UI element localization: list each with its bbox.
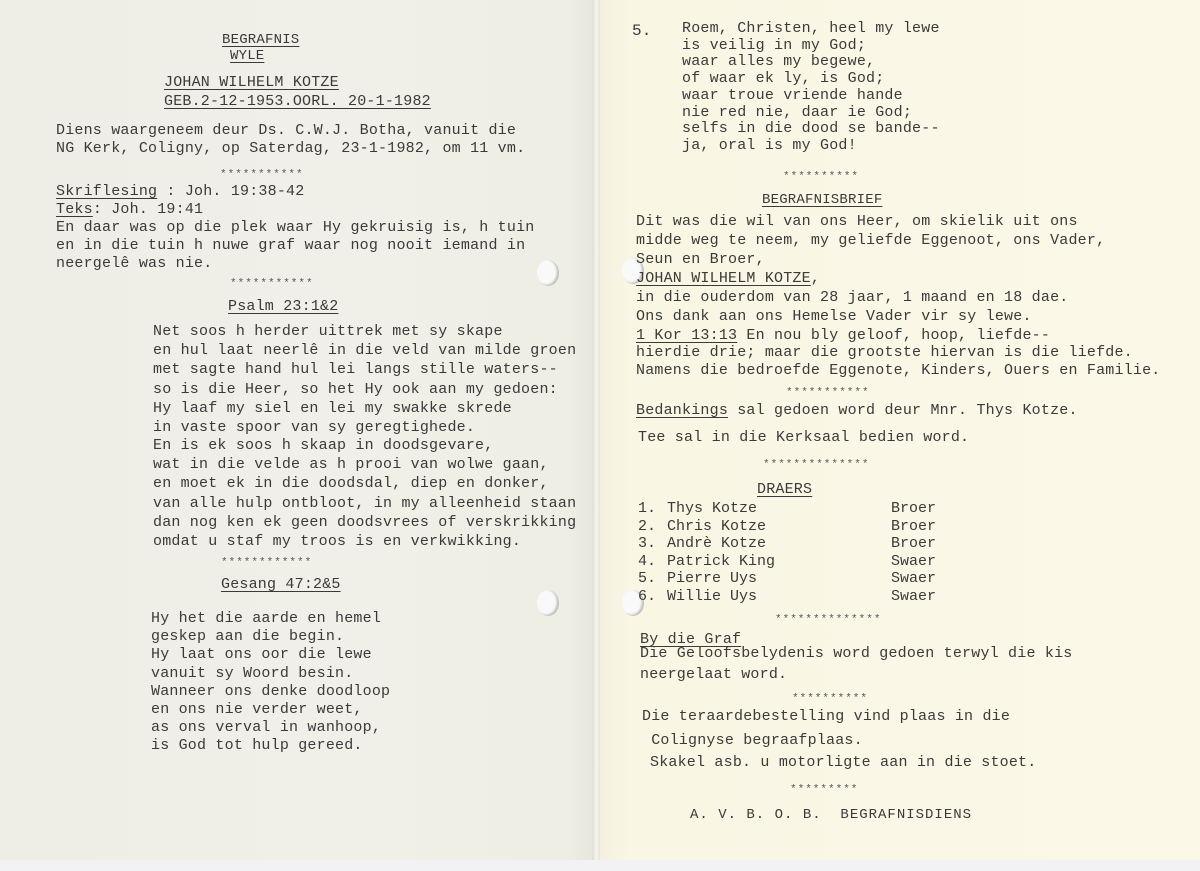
- thanks-line: Bedankings sal gedoen word deur Mnr. Thy…: [636, 402, 1078, 420]
- text-label: Teks: [56, 201, 93, 218]
- bearer-relation: Broer: [891, 518, 936, 536]
- bearer-name: Chris Kotze: [667, 518, 766, 536]
- thanks-text: sal gedoen word deur Mnr. Thys Kotze.: [728, 402, 1078, 419]
- psalm-line: met sagte hand hul lei langs stille wate…: [153, 361, 558, 379]
- bearer-name: Thys Kotze: [667, 500, 757, 518]
- letter-line: Namens die bedroefde Eggenote, Kinders, …: [636, 362, 1160, 380]
- bearers-title: DRAERS: [757, 481, 812, 499]
- psalm-line: en hul laat neerlê in die veld van milde…: [153, 342, 576, 360]
- letter-line: Dit was die wil van ons Heer, om skielik…: [636, 213, 1078, 231]
- psalm-line: in vaste spoor van sy geregtighede.: [153, 419, 475, 437]
- psalm-line: en moet ek in die doodsdal, diep en donk…: [153, 475, 549, 493]
- burial-line: Colignyse begraafplaas.: [642, 732, 863, 750]
- separator: ***********: [220, 166, 304, 184]
- psalm-line: van alle hulp ontbloot, in my alleenheid…: [153, 495, 576, 513]
- reading-label: Skriflesing: [56, 183, 157, 200]
- hymn-line: waar alles my begewe,: [682, 53, 875, 71]
- bearer-relation: Swaer: [891, 553, 936, 571]
- scripture-line: 1 Kor 13:13 En nou bly geloof, hoop, lie…: [636, 327, 1050, 345]
- psalm-line: dan nog ken ek geen doodsvrees of verskr…: [153, 514, 576, 532]
- hymn-line: is veilig in my God;: [682, 37, 866, 55]
- service-line: Diens waargeneem deur Ds. C.W.J. Botha, …: [56, 122, 516, 140]
- punch-hole: [537, 260, 559, 286]
- reading-line: Skriflesing : Joh. 19:38-42: [56, 183, 304, 201]
- psalm-line: omdat u staf my troos is en verkwikking.: [153, 533, 521, 551]
- gesang-line: Hy het die aarde en hemel: [151, 610, 381, 628]
- tea-line: Tee sal in die Kerksaal bedien word.: [638, 429, 969, 447]
- gesang-line: Hy laat ons oor die lewe: [151, 646, 372, 664]
- letter-line: Seun en Broer,: [636, 251, 765, 269]
- deceased-name: JOHAN WILHELM KOTZE: [164, 74, 339, 92]
- separator: **************: [763, 456, 869, 474]
- separator: **********: [783, 168, 859, 186]
- letter-line: Ons dank aan ons Hemelse Vader vir sy le…: [636, 308, 1032, 326]
- bearer-number: 1.: [638, 500, 656, 518]
- gesang-title: Gesang 47:2&5: [221, 576, 341, 594]
- bearer-number: 4.: [638, 553, 656, 571]
- letter-name: JOHAN WILHELM KOTZE: [636, 270, 811, 287]
- psalm-line: Hy laaf my siel en lei my swakke skrede: [153, 400, 512, 418]
- title-wyle: WYLE: [230, 47, 264, 65]
- scripture-text: En nou bly geloof, hoop, liefde--: [737, 327, 1050, 344]
- separator: ************: [221, 554, 312, 572]
- bearer-relation: Broer: [891, 500, 936, 518]
- grave-line: neergelaat word.: [640, 666, 787, 684]
- bearer-number: 5.: [638, 570, 656, 588]
- text-line: Teks: Joh. 19:41: [56, 201, 203, 219]
- psalm-line: wat in die velde as h prooi van wolwe ga…: [153, 456, 549, 474]
- hymn-line: selfs in die dood se bande--: [682, 120, 940, 138]
- hymn-line: waar troue vriende hande: [682, 87, 903, 105]
- separator: ***********: [786, 384, 870, 402]
- page-fold: [592, 0, 600, 860]
- verse-line: En daar was op die plek waar Hy gekruisi…: [56, 219, 534, 237]
- bearer-relation: Broer: [891, 535, 936, 553]
- psalm-line: so is die Heer, so het Hy ook aan my ged…: [153, 381, 558, 399]
- hymn-line: of waar ek ly, is God;: [682, 70, 884, 88]
- text-value: : Joh. 19:41: [93, 201, 203, 218]
- hymn-line: ja, oral is my God!: [682, 137, 857, 155]
- bearer-name: Patrick King: [667, 553, 775, 571]
- bearer-name: Andrè Kotze: [667, 535, 766, 553]
- burial-line: Die teraardebestelling vind plaas in die: [642, 708, 1010, 726]
- service-line: NG Kerk, Coligny, op Saterdag, 23-1-1982…: [56, 140, 525, 158]
- verse-number: 5.: [632, 22, 652, 40]
- deceased-dates: GEB.2-12-1953.OORL. 20-1-1982: [164, 93, 431, 111]
- letter-line: in die ouderdom van 28 jaar, 1 maand en …: [636, 289, 1068, 307]
- gesang-line: as ons verval in wanhoop,: [151, 719, 381, 737]
- psalm-line: Net soos h herder uittrek met sy skape: [153, 323, 503, 341]
- gesang-line: is God tot hulp gereed.: [151, 737, 363, 755]
- bearer-name: Willie Uys: [667, 588, 757, 606]
- psalm-line: En is ek soos h skaap in doodsgevare,: [153, 437, 493, 455]
- bearer-number: 3.: [638, 535, 656, 553]
- footer-undertaker: A. V. B. O. B. BEGRAFNISDIENS: [690, 806, 972, 824]
- psalm-title: Psalm 23:1&2: [228, 298, 338, 316]
- letter-line: hierdie drie; maar die grootste hiervan …: [636, 344, 1133, 362]
- bearer-number: 6.: [638, 588, 656, 606]
- separator: ***********: [230, 275, 314, 293]
- comma: ,: [811, 270, 820, 287]
- separator: **********: [792, 690, 868, 708]
- lights-line: Skakel asb. u motorligte aan in die stoe…: [650, 754, 1036, 772]
- gesang-line: vanuit sy Woord besin.: [151, 665, 353, 683]
- punch-hole: [537, 590, 559, 616]
- bearer-name: Pierre Uys: [667, 570, 757, 588]
- gesang-line: Wanneer ons denke doodloop: [151, 683, 390, 701]
- separator: *********: [790, 781, 858, 799]
- verse-line: neergelê was nie.: [56, 255, 212, 273]
- letter-name-line: JOHAN WILHELM KOTZE,: [636, 270, 820, 288]
- letter-line: midde weg te neem, my geliefde Eggenoot,…: [636, 232, 1105, 250]
- verse-line: en in die tuin h nuwe graf waar nog nooi…: [56, 237, 525, 255]
- bearer-number: 2.: [638, 518, 656, 536]
- scripture-ref: 1 Kor 13:13: [636, 327, 737, 344]
- hymn-line: Roem, Christen, heel my lewe: [682, 20, 940, 38]
- letter-title: BEGRAFNISBRIEF: [762, 191, 882, 209]
- separator: **************: [775, 611, 881, 629]
- bearer-relation: Swaer: [891, 588, 936, 606]
- bearer-relation: Swaer: [891, 570, 936, 588]
- hymn-line: nie red nie, daar ie God;: [682, 104, 912, 122]
- thanks-label: Bedankings: [636, 402, 728, 419]
- grave-line: Die Geloofsbelydenis word gedoen terwyl …: [640, 645, 1072, 663]
- gesang-line: geskep aan die begin.: [151, 628, 344, 646]
- reading-value: : Joh. 19:38-42: [157, 183, 304, 200]
- gesang-line: en ons nie verder weet,: [151, 701, 363, 719]
